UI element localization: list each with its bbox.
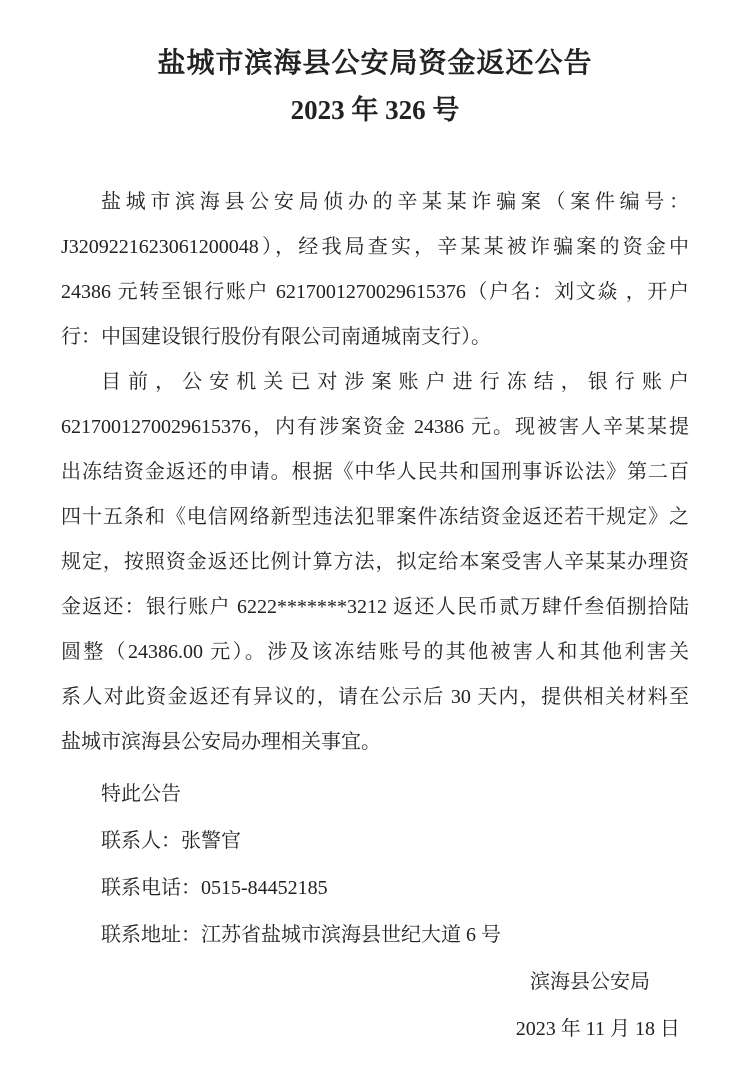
paragraph2-line-8: 系人对此资金返还有异议的，请在公示后 30 天内，提供相关材料至 [61,675,689,720]
contact-address-line: 联系地址：江苏省盐城市滨海县世纪大道 6 号 [61,912,689,959]
paragraph2-line-5: 规定，按照资金返还比例计算方法，拟定给本案受害人辛某某办理资 [61,540,689,585]
paragraph1-line-4: 行：中国建设银行股份有限公司南通城南支行）。 [61,315,689,360]
doc-number: 2023 年 326 号 [0,92,750,128]
paragraph2-line-4: 四十五条和《电信网络新型违法犯罪案件冻结资金返还若干规定》之 [61,495,689,540]
closing-section: 特此公告 联系人：张警官 联系电话：0515-84452185 联系地址：江苏省… [61,771,689,1053]
paragraph2-line-6: 金返还：银行账户 6222*******3212 返还人民币贰万肆仟叁佰捌拾陆 [61,585,689,630]
paragraph2-line-3: 出冻结资金返还的申请。根据《中华人民共和国刑事诉讼法》第二百 [61,450,689,495]
paragraph1-line-3: 24386 元转至银行账户 6217001270029615376（户名：刘文焱… [61,270,689,315]
date-line: 2023 年 11 月 18 日 [61,1006,689,1053]
contact-person-line: 联系人：张警官 [61,818,689,865]
announcement-title: 盐城市滨海县公安局资金返还公告 [0,46,750,82]
paragraph2-line-9: 盐城市滨海县公安局办理相关事宜。 [61,720,689,765]
paragraph2-line-1: 目前，公安机关已对涉案账户进行冻结，银行账户 [61,360,689,405]
paragraph1-line-2: J3209221623061200048），经我局查实，辛某某被诈骗案的资金中 [61,225,689,270]
announcement-document: 盐城市滨海县公安局资金返还公告 2023 年 326 号 盐城市滨海县公安局侦办… [0,0,750,1074]
paragraph2-line-2: 6217001270029615376，内有涉案资金 24386 元。现被害人辛… [61,405,689,450]
contact-phone-line: 联系电话：0515-84452185 [61,865,689,912]
paragraph1-line-1: 盐城市滨海县公安局侦办的辛某某诈骗案（案件编号： [61,180,689,225]
paragraph2-line-7: 圆整（24386.00 元）。涉及该冻结账号的其他被害人和其他利害关 [61,630,689,675]
closing-line: 特此公告 [61,771,689,818]
signature-line: 滨海县公安局 [61,959,689,1006]
announcement-body: 盐城市滨海县公安局侦办的辛某某诈骗案（案件编号： J32092216230612… [61,180,689,1053]
